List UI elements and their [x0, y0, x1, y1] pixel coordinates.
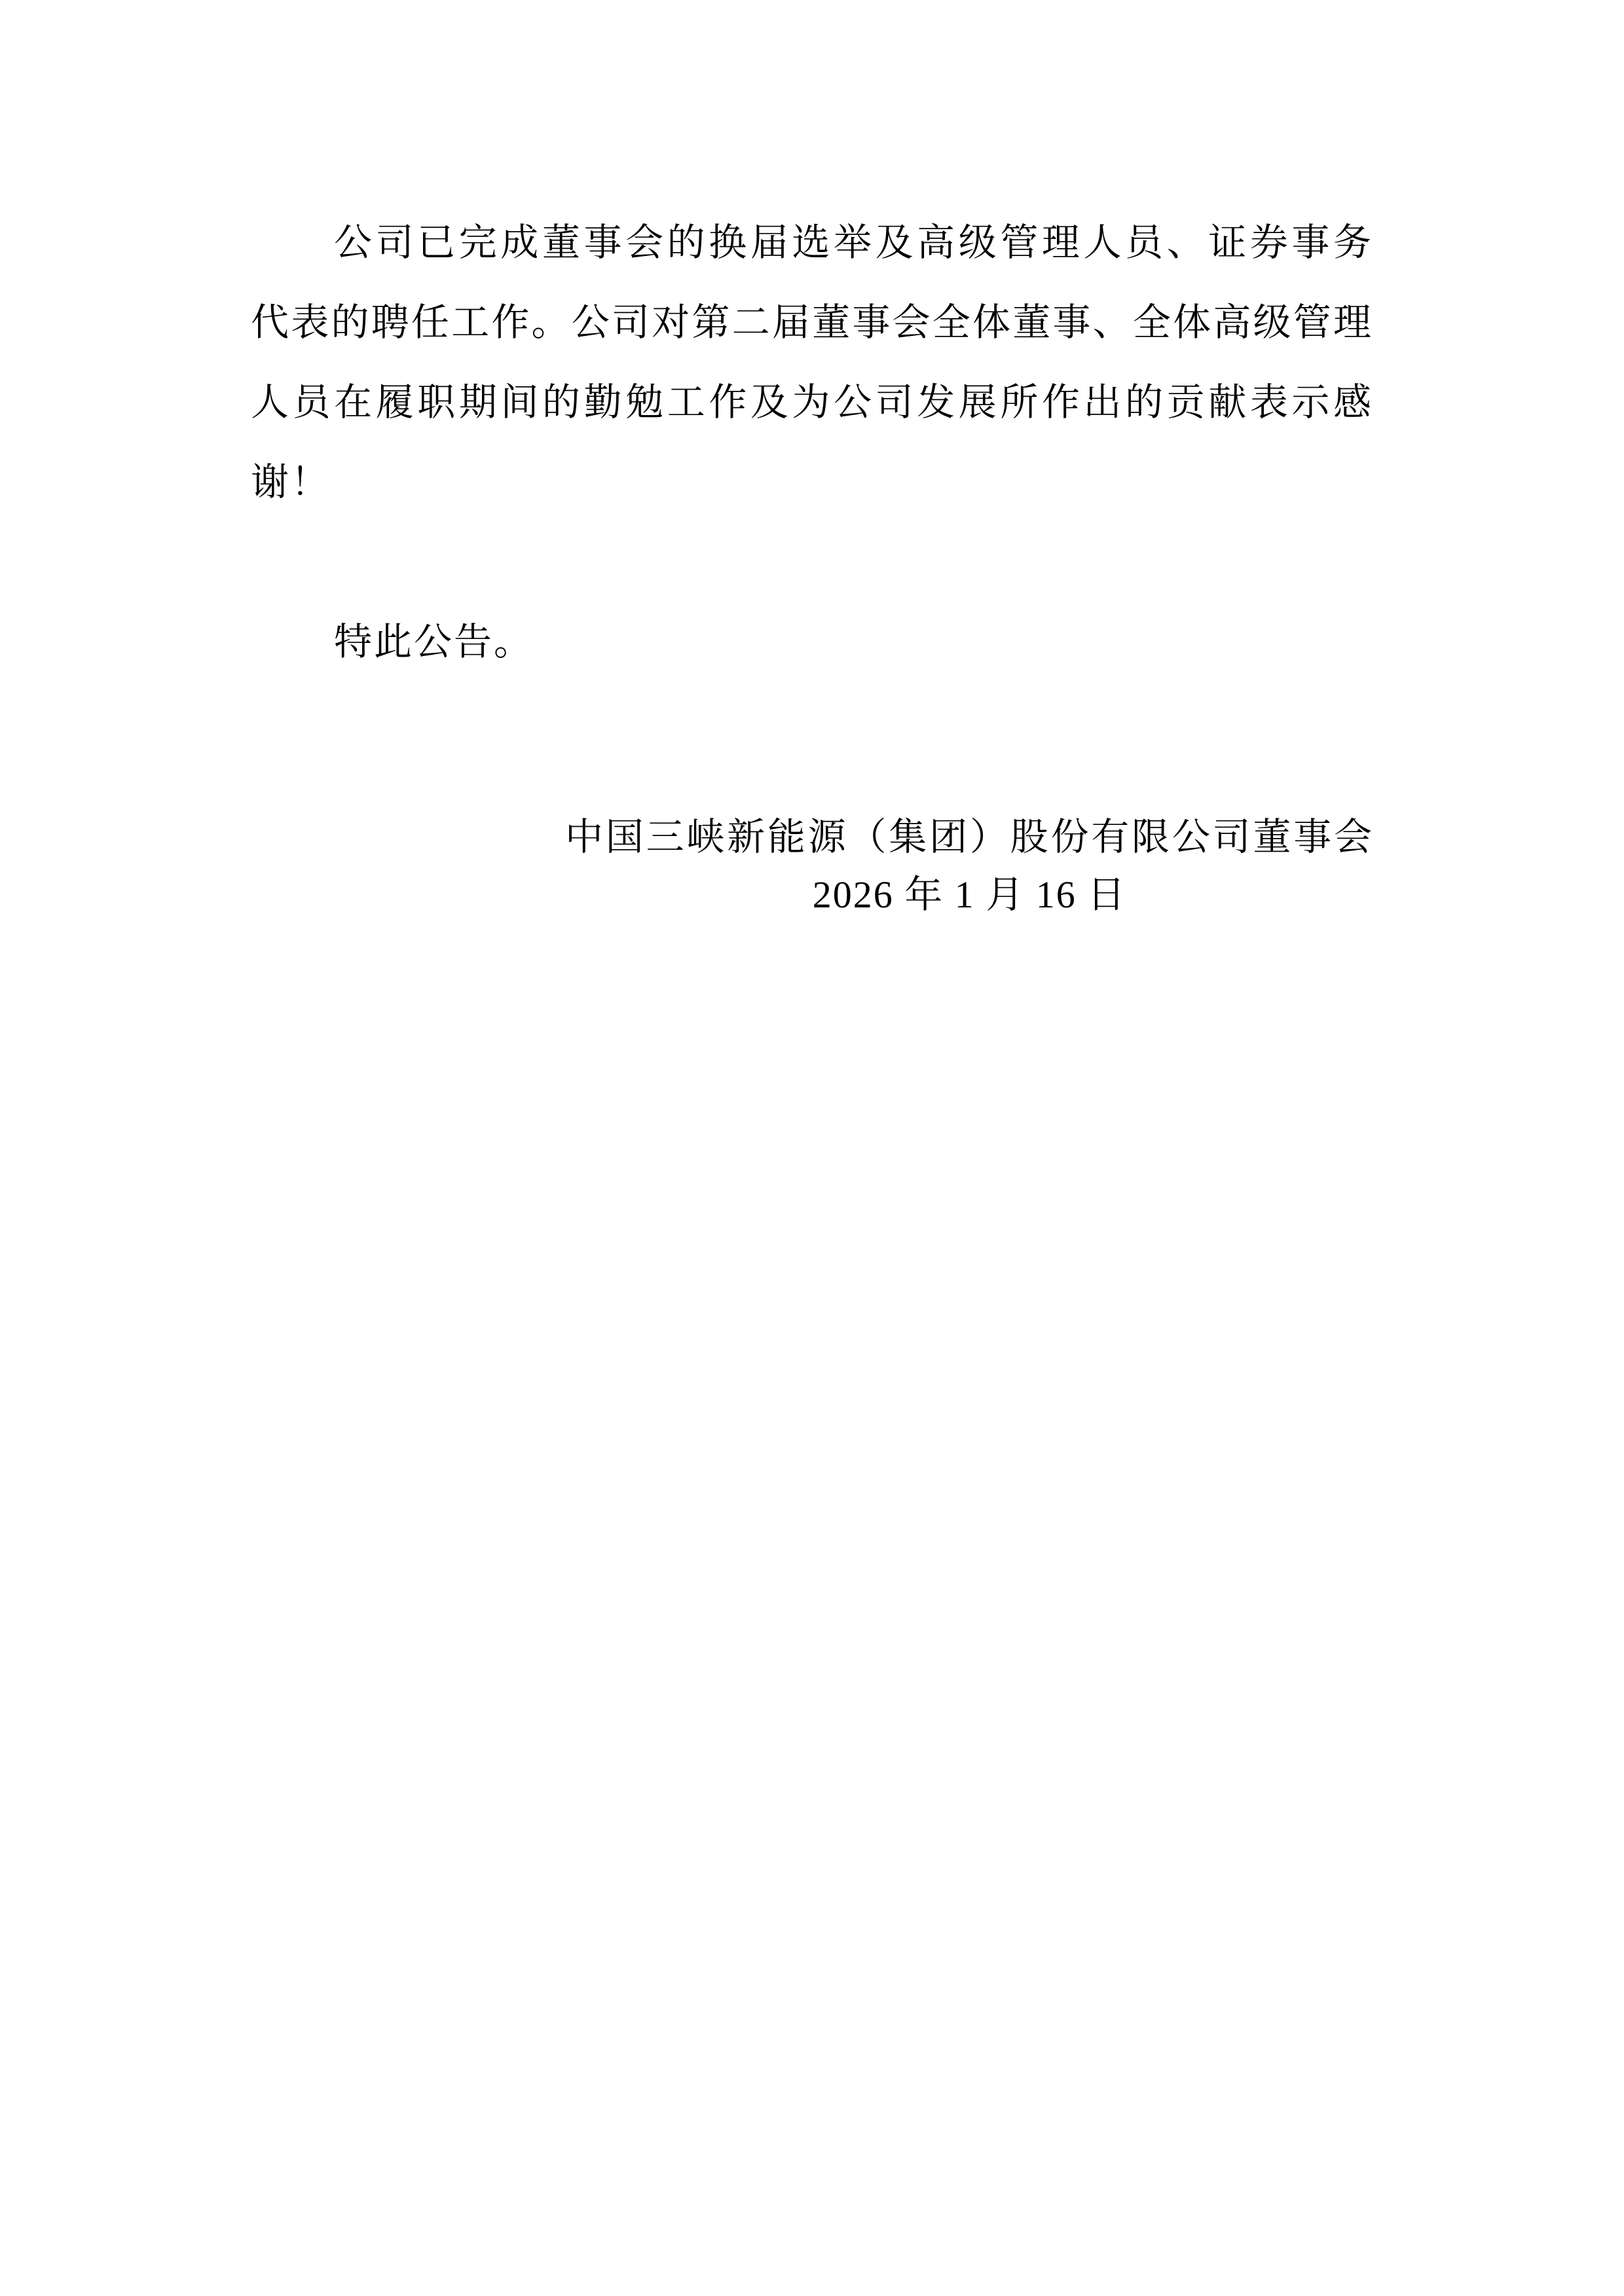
body-paragraph: 公司已完成董事会的换届选举及高级管理人员、证券事务 代表的聘任工作。公司对第二届…: [251, 203, 1373, 522]
paragraph-line-3: 人员在履职期间的勤勉工作及为公司发展所作出的贡献表示感: [251, 363, 1373, 443]
company-signature: 中国三峡新能源（集团）股份有限公司董事会: [565, 809, 1374, 866]
paragraph-line-1: 公司已完成董事会的换届选举及高级管理人员、证券事务: [251, 203, 1373, 283]
announcement-page: 公司已完成董事会的换届选举及高级管理人员、证券事务 代表的聘任工作。公司对第二届…: [0, 0, 1624, 2296]
announcement-date: 2026 年 1 月 16 日: [565, 866, 1374, 924]
signature-block: 中国三峡新能源（集团）股份有限公司董事会 2026 年 1 月 16 日: [565, 809, 1374, 924]
paragraph-line-2: 代表的聘任工作。公司对第二届董事会全体董事、全体高级管理: [251, 283, 1373, 363]
paragraph-line-4: 谢！: [251, 443, 1373, 522]
closing-statement: 特此公告。: [251, 602, 1373, 682]
